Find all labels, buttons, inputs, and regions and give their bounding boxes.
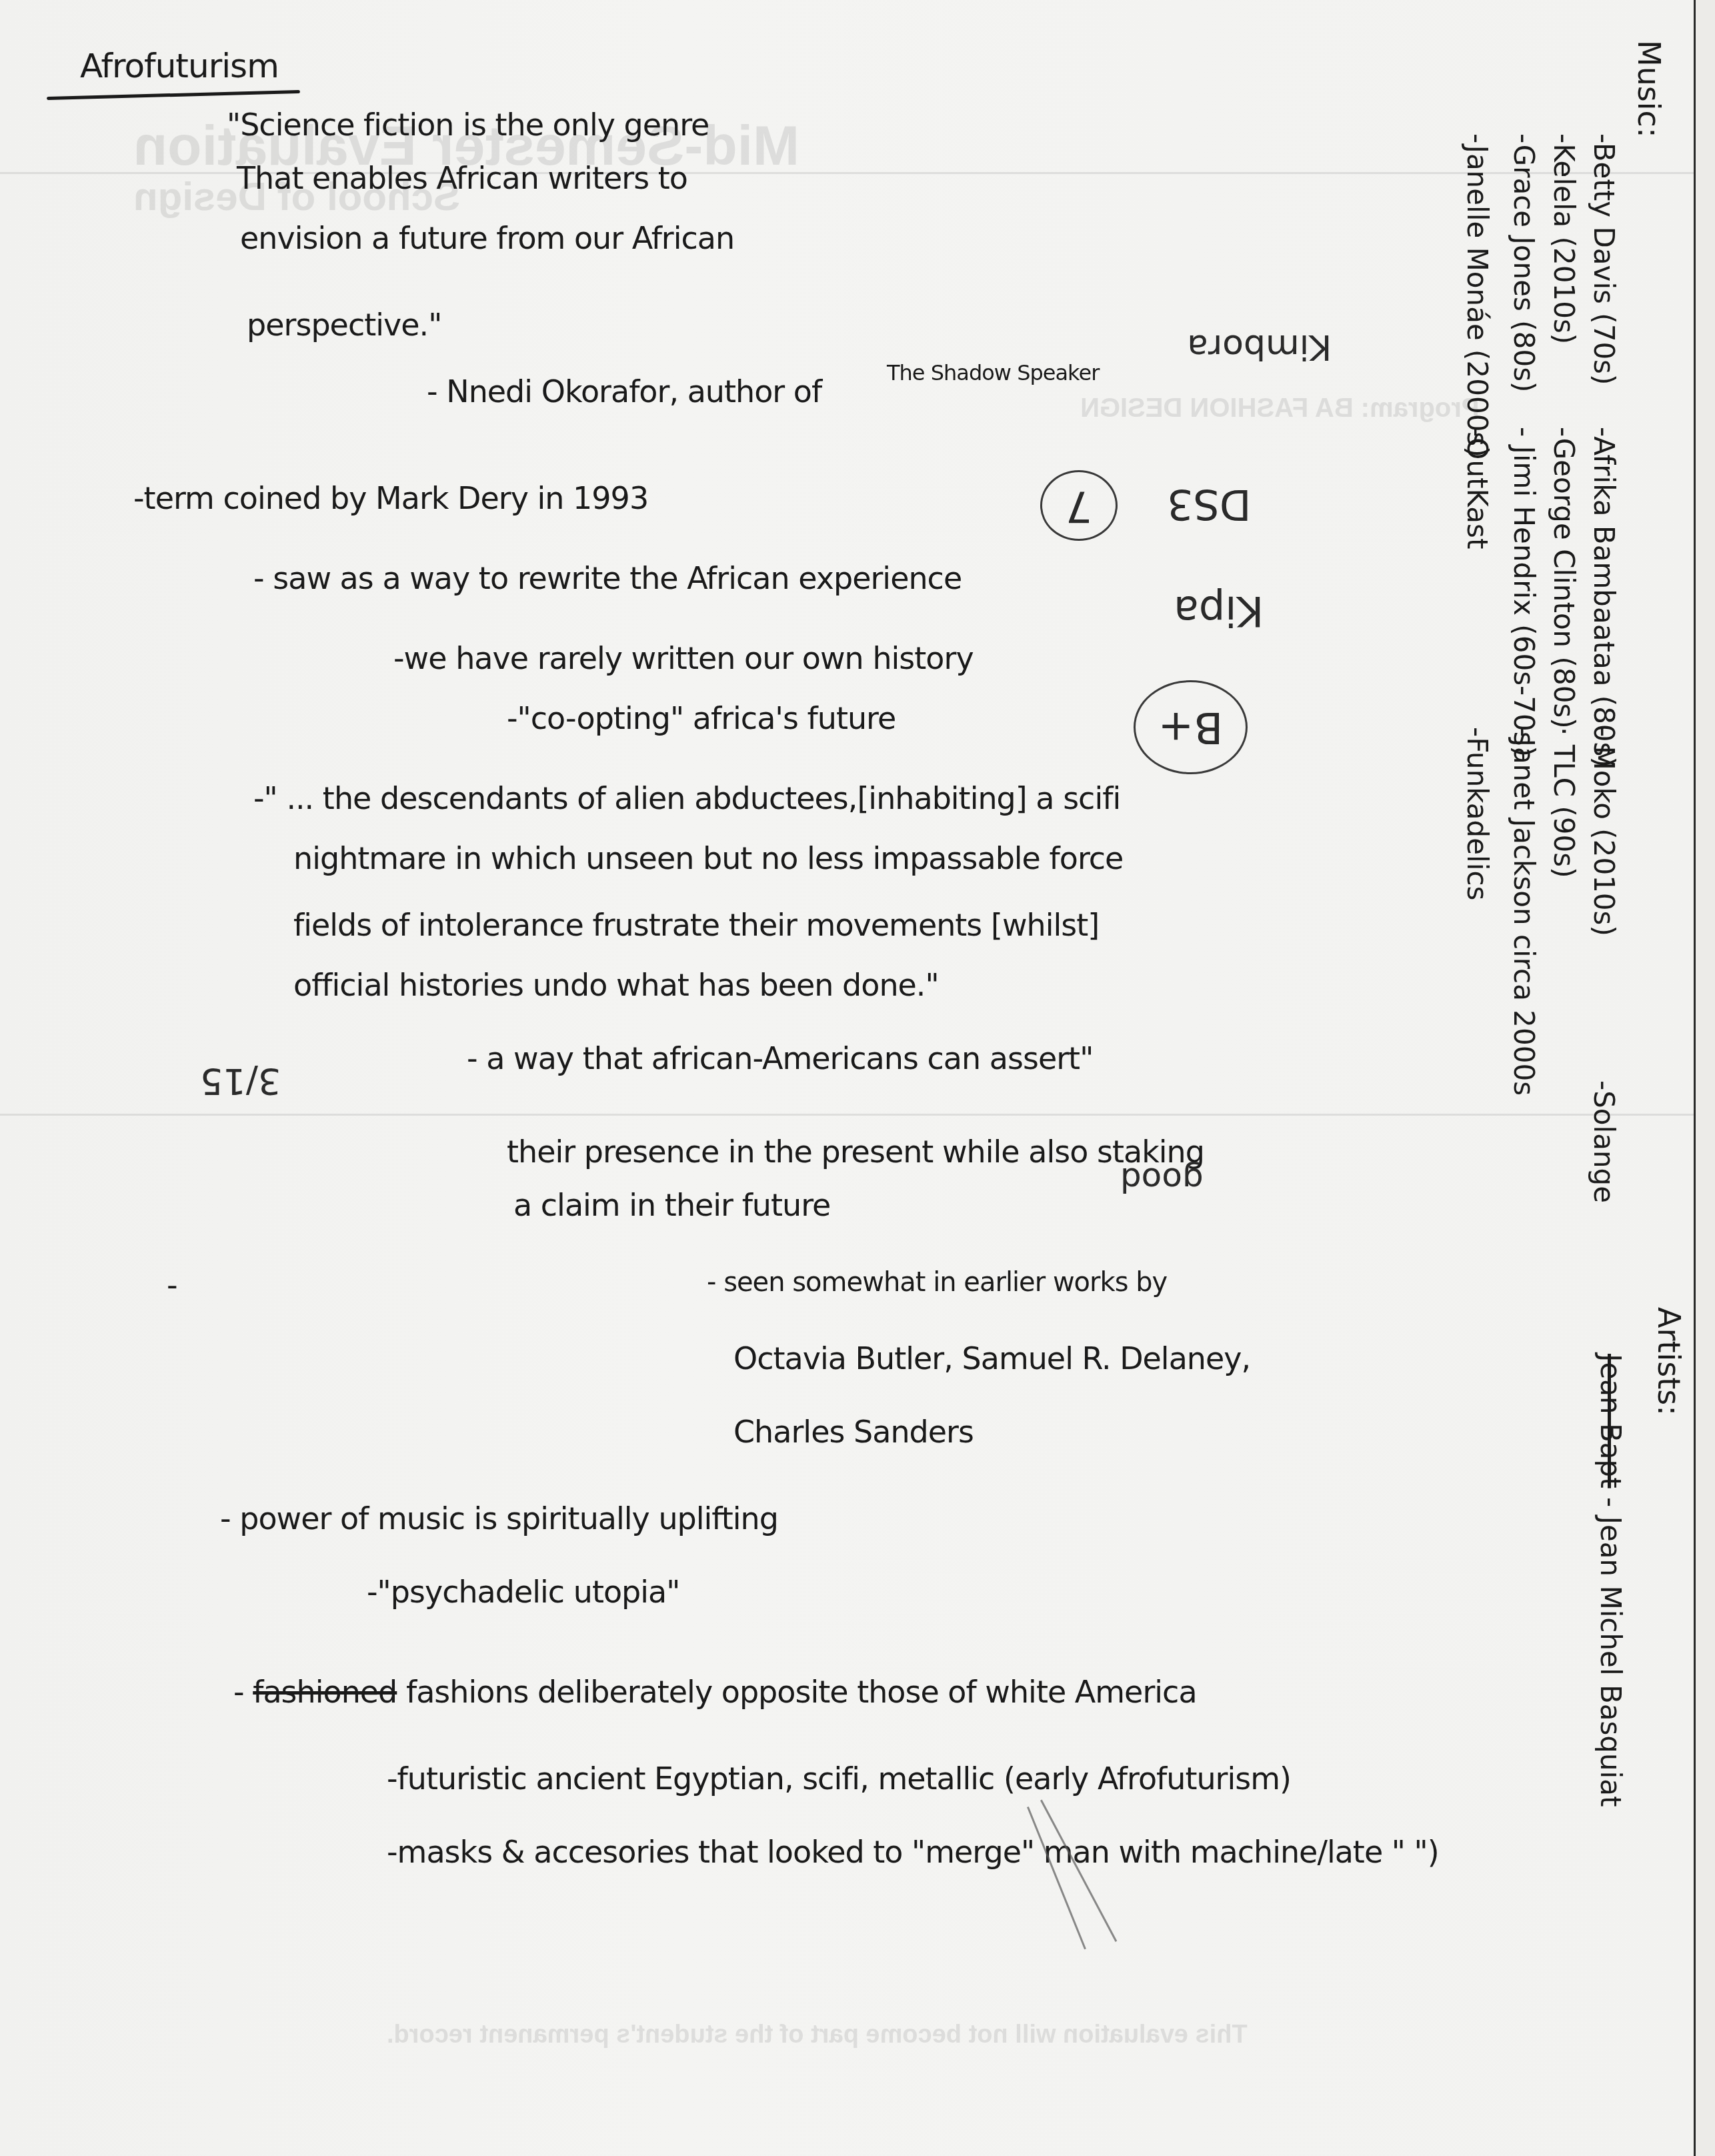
music-item: -George Clinton (80s) bbox=[1548, 427, 1580, 729]
note-line: -"co-opting" africa's future bbox=[507, 700, 896, 736]
music-item: -Funkadelics bbox=[1461, 727, 1494, 900]
struck-artist: Jean Bapt bbox=[1594, 1354, 1627, 1488]
note-line: - saw as a way to rewrite the African ex… bbox=[253, 560, 962, 596]
fashion-line: - fashioned fashions deliberately opposi… bbox=[233, 1674, 1197, 1710]
music-item: -Betty Davis (70s) bbox=[1588, 133, 1620, 385]
dery-quote-line: nightmare in which unseen but no less im… bbox=[293, 840, 1123, 876]
upside-name: Kipa bbox=[1174, 587, 1264, 636]
pencil-scribble bbox=[1040, 1800, 1117, 1942]
music-item: - Moko (2010s) bbox=[1588, 727, 1620, 936]
fashion-text: fashions deliberately opposite those of … bbox=[406, 1674, 1197, 1710]
fashion-sub: -masks & accesories that looked to "merg… bbox=[387, 1834, 1439, 1870]
quote-attribution: - Nnedi Okorafor, author of bbox=[427, 373, 821, 409]
music-item: -Janet Jackson circa 2000s bbox=[1508, 727, 1540, 1096]
stray-dash: - bbox=[167, 1267, 177, 1303]
ghost-form-footer: This evaluation will not become part of … bbox=[387, 2021, 1248, 2049]
fashion-sub: -futuristic ancient Egyptian, scifi, met… bbox=[387, 1761, 1291, 1797]
upside-code: DS3 bbox=[1167, 480, 1252, 529]
music-heading: Music: bbox=[1631, 40, 1667, 137]
title-underline bbox=[47, 90, 300, 100]
upside-signature: Kimbora bbox=[1187, 327, 1332, 367]
paper-fold bbox=[0, 1114, 1694, 1116]
assert-line: a claim in their future bbox=[513, 1187, 830, 1223]
music-item: -Kelela (2010s) bbox=[1548, 133, 1580, 344]
upside-word: good bbox=[1120, 1160, 1204, 1199]
quote-line: perspective." bbox=[247, 307, 441, 343]
quote-book-title: The Shadow Speaker bbox=[887, 360, 1099, 385]
quote-line: envision a future from our African bbox=[240, 220, 734, 256]
music-item: -Solange bbox=[1588, 1080, 1620, 1203]
ghost-form-program: Program: BA FASHION DESIGN bbox=[1080, 393, 1480, 423]
music-item: -Janelle Monáe (2000s) bbox=[1461, 133, 1494, 457]
note-line: -term coined by Mark Dery in 1993 bbox=[133, 480, 648, 516]
artist-name: - Jean Michel Basquiat bbox=[1594, 1497, 1627, 1807]
earlier-works-line: Octavia Butler, Samuel R. Delaney, bbox=[733, 1340, 1250, 1376]
note-line: -we have rarely written our own history bbox=[393, 640, 974, 676]
notebook-page: Mid-Semester Evaluation School of Design… bbox=[0, 0, 1696, 2156]
grade-circle-bplus: B+ bbox=[1134, 680, 1248, 774]
quote-line: "Science fiction is the only genre bbox=[227, 107, 709, 143]
struck-word: fashioned bbox=[253, 1674, 397, 1710]
page-title: Afrofuturism bbox=[80, 47, 279, 85]
artist-struck: Jean Bapt - Jean Michel Basquiat bbox=[1594, 1354, 1627, 1807]
earlier-works-line: Charles Sanders bbox=[733, 1414, 974, 1450]
upside-date: 3/15 bbox=[200, 1060, 281, 1102]
grade-circle-7: 7 bbox=[1040, 470, 1118, 541]
assert-line: - a way that african-Americans can asser… bbox=[467, 1040, 1093, 1076]
music-power-line: - power of music is spiritually upliftin… bbox=[220, 1500, 778, 1536]
music-item: -OutKast bbox=[1461, 427, 1494, 549]
earlier-works-line: - seen somewhat in earlier works by bbox=[707, 1267, 1167, 1298]
artists-heading: Artists: bbox=[1651, 1307, 1687, 1416]
music-item: -Afrika Bambaataa (80s) bbox=[1588, 427, 1620, 768]
music-power-line: -"psychadelic utopia" bbox=[367, 1574, 679, 1610]
music-item: -Grace Jones (80s) bbox=[1508, 133, 1540, 392]
dery-quote-line: official histories undo what has been do… bbox=[293, 967, 939, 1003]
quote-line: That enables African writers to bbox=[237, 160, 687, 196]
music-item: - Jimi Hendrix (60s-70s) bbox=[1508, 427, 1540, 757]
assert-line: their presence in the present while also… bbox=[507, 1134, 1204, 1170]
music-item: · TLC (90s) bbox=[1548, 727, 1580, 878]
dery-quote-line: -" ... the descendants of alien abductee… bbox=[253, 780, 1120, 816]
dery-quote-line: fields of intolerance frustrate their mo… bbox=[293, 907, 1099, 943]
